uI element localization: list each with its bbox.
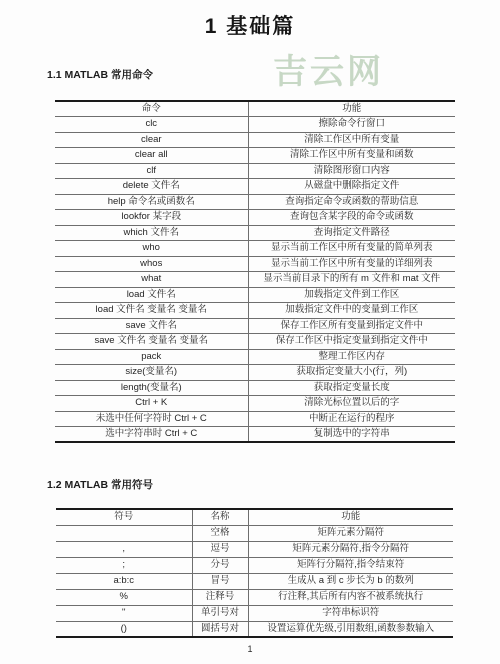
table-cell: load 文件名 变量名 变量名 xyxy=(55,303,248,319)
table-cell: clc xyxy=(55,117,248,133)
table-cell: save 文件名 xyxy=(55,318,248,334)
table-row: lookfor 某字段查询包含某字段的命令或函数 xyxy=(55,210,455,226)
table-row: %注释号行注释,其后所有内容不被系统执行 xyxy=(56,589,453,605)
column-header: 功能 xyxy=(248,101,455,117)
table-cell: 矩阵行分隔符,指令结束符 xyxy=(248,557,453,573)
table-cell: % xyxy=(56,589,192,605)
page-title: 1 基础篇 xyxy=(0,10,500,40)
table-row: length(变量名)获取指定变量长度 xyxy=(55,380,455,396)
table-row: size(变量名)获取指定变量大小(行，列) xyxy=(55,365,455,381)
table-row: pack整理工作区内存 xyxy=(55,349,455,365)
table-cell: 显示当前目录下的所有 m 文件和 mat 文件 xyxy=(248,272,455,288)
table-cell: 生成从 a 到 c 步长为 b 的数列 xyxy=(248,573,453,589)
table-cell: 冒号 xyxy=(192,573,248,589)
table-cell: clear xyxy=(55,132,248,148)
table-row: 选中字符串时 Ctrl + C复制选中的字符串 xyxy=(55,427,455,443)
table-cell: help 命令名或函数名 xyxy=(55,194,248,210)
table-cell: 清除图形窗口内容 xyxy=(248,163,455,179)
table-cell: , xyxy=(56,541,192,557)
table-cell: 加载指定文件中的变量到工作区 xyxy=(248,303,455,319)
table-cell: 从磁盘中删除指定文件 xyxy=(248,179,455,195)
table-cell: clear all xyxy=(55,148,248,164)
table-cell: which 文件名 xyxy=(55,225,248,241)
table-row: save 文件名保存工作区所有变量到指定文件中 xyxy=(55,318,455,334)
column-header: 功能 xyxy=(248,509,453,525)
table-cell: 擦除命令行窗口 xyxy=(248,117,455,133)
table-header-row: 符号 名称 功能 xyxy=(56,509,453,525)
document-page: 1 基础篇 吉云网 1.1 MATLAB 常用命令 命令 功能 clc擦除命令行… xyxy=(0,0,500,664)
table-row: whos显示当前工作区中所有变量的详细列表 xyxy=(55,256,455,272)
column-header: 命令 xyxy=(55,101,248,117)
table-cell: 矩阵元素分隔符,指令分隔符 xyxy=(248,541,453,557)
table-cell: 未选中任何字符时 Ctrl + C xyxy=(55,411,248,427)
table-row: 未选中任何字符时 Ctrl + C中断正在运行的程序 xyxy=(55,411,455,427)
table-cell: 复制选中的字符串 xyxy=(248,427,455,443)
page-number: 1 xyxy=(0,644,500,654)
table-cell: lookfor 某字段 xyxy=(55,210,248,226)
table-cell: 整理工作区内存 xyxy=(248,349,455,365)
table-cell: what xyxy=(55,272,248,288)
table-row: who显示当前工作区中所有变量的简单列表 xyxy=(55,241,455,257)
table-cell: 显示当前工作区中所有变量的详细列表 xyxy=(248,256,455,272)
table-cell: delete 文件名 xyxy=(55,179,248,195)
symbols-table: 符号 名称 功能 空格矩阵元素分隔符,逗号矩阵元素分隔符,指令分隔符;分号矩阵行… xyxy=(56,508,453,638)
table-row: 空格矩阵元素分隔符 xyxy=(56,525,453,541)
table-cell: 查询指定命令或函数的帮助信息 xyxy=(248,194,455,210)
table-row: delete 文件名从磁盘中删除指定文件 xyxy=(55,179,455,195)
table-row: load 文件名 变量名 变量名加载指定文件中的变量到工作区 xyxy=(55,303,455,319)
table-cell: 圆括号对 xyxy=(192,621,248,637)
table-cell: 中断正在运行的程序 xyxy=(248,411,455,427)
table-cell: () xyxy=(56,621,192,637)
table-row: ()圆括号对设置运算优先级,引用数组,函数参数输入 xyxy=(56,621,453,637)
table-cell: load 文件名 xyxy=(55,287,248,303)
table-cell: save 文件名 变量名 变量名 xyxy=(55,334,248,350)
commands-table: 命令 功能 clc擦除命令行窗口clear清除工作区中所有变量clear all… xyxy=(55,100,455,443)
table-cell: 加载指定文件到工作区 xyxy=(248,287,455,303)
table-cell: length(变量名) xyxy=(55,380,248,396)
table-cell: 保存工作区所有变量到指定文件中 xyxy=(248,318,455,334)
table-cell xyxy=(56,525,192,541)
table-cell: '' xyxy=(56,605,192,621)
section-heading-commands: 1.1 MATLAB 常用命令 xyxy=(47,67,153,82)
table-cell: 清除光标位置以后的字 xyxy=(248,396,455,412)
table-cell: 矩阵元素分隔符 xyxy=(248,525,453,541)
table-cell: 获取指定变量长度 xyxy=(248,380,455,396)
column-header: 名称 xyxy=(192,509,248,525)
table-row: ;分号矩阵行分隔符,指令结束符 xyxy=(56,557,453,573)
watermark-text: 吉云网 xyxy=(273,44,384,93)
table-header-row: 命令 功能 xyxy=(55,101,455,117)
table-cell: ; xyxy=(56,557,192,573)
table-cell: 保存工作区中指定变量到指定文件中 xyxy=(248,334,455,350)
table-cell: a:b:c xyxy=(56,573,192,589)
table-cell: 选中字符串时 Ctrl + C xyxy=(55,427,248,443)
section-heading-symbols: 1.2 MATLAB 常用符号 xyxy=(47,477,153,492)
table-row: clear清除工作区中所有变量 xyxy=(55,132,455,148)
table-cell: 查询包含某字段的命令或函数 xyxy=(248,210,455,226)
table-cell: 查询指定文件路径 xyxy=(248,225,455,241)
table-row: clear all清除工作区中所有变量和函数 xyxy=(55,148,455,164)
table-row: clc擦除命令行窗口 xyxy=(55,117,455,133)
table-cell: 设置运算优先级,引用数组,函数参数输入 xyxy=(248,621,453,637)
table-cell: size(变量名) xyxy=(55,365,248,381)
table-cell: 逗号 xyxy=(192,541,248,557)
column-header: 符号 xyxy=(56,509,192,525)
table-cell: 获取指定变量大小(行，列) xyxy=(248,365,455,381)
table-cell: 分号 xyxy=(192,557,248,573)
table-cell: 字符串标识符 xyxy=(248,605,453,621)
table-row: load 文件名加载指定文件到工作区 xyxy=(55,287,455,303)
table-row: clf清除图形窗口内容 xyxy=(55,163,455,179)
table-row: ''单引号对字符串标识符 xyxy=(56,605,453,621)
table-row: what显示当前目录下的所有 m 文件和 mat 文件 xyxy=(55,272,455,288)
table-row: ,逗号矩阵元素分隔符,指令分隔符 xyxy=(56,541,453,557)
table-cell: 显示当前工作区中所有变量的简单列表 xyxy=(248,241,455,257)
table-cell: whos xyxy=(55,256,248,272)
table-row: Ctrl + K清除光标位置以后的字 xyxy=(55,396,455,412)
table-cell: who xyxy=(55,241,248,257)
table-row: help 命令名或函数名查询指定命令或函数的帮助信息 xyxy=(55,194,455,210)
table-cell: Ctrl + K xyxy=(55,396,248,412)
table-row: which 文件名查询指定文件路径 xyxy=(55,225,455,241)
table-cell: clf xyxy=(55,163,248,179)
table-cell: 单引号对 xyxy=(192,605,248,621)
table-cell: 注释号 xyxy=(192,589,248,605)
table-cell: 行注释,其后所有内容不被系统执行 xyxy=(248,589,453,605)
table-cell: 清除工作区中所有变量 xyxy=(248,132,455,148)
table-row: a:b:c冒号生成从 a 到 c 步长为 b 的数列 xyxy=(56,573,453,589)
table-cell: 清除工作区中所有变量和函数 xyxy=(248,148,455,164)
table-row: save 文件名 变量名 变量名保存工作区中指定变量到指定文件中 xyxy=(55,334,455,350)
table-cell: 空格 xyxy=(192,525,248,541)
table-cell: pack xyxy=(55,349,248,365)
